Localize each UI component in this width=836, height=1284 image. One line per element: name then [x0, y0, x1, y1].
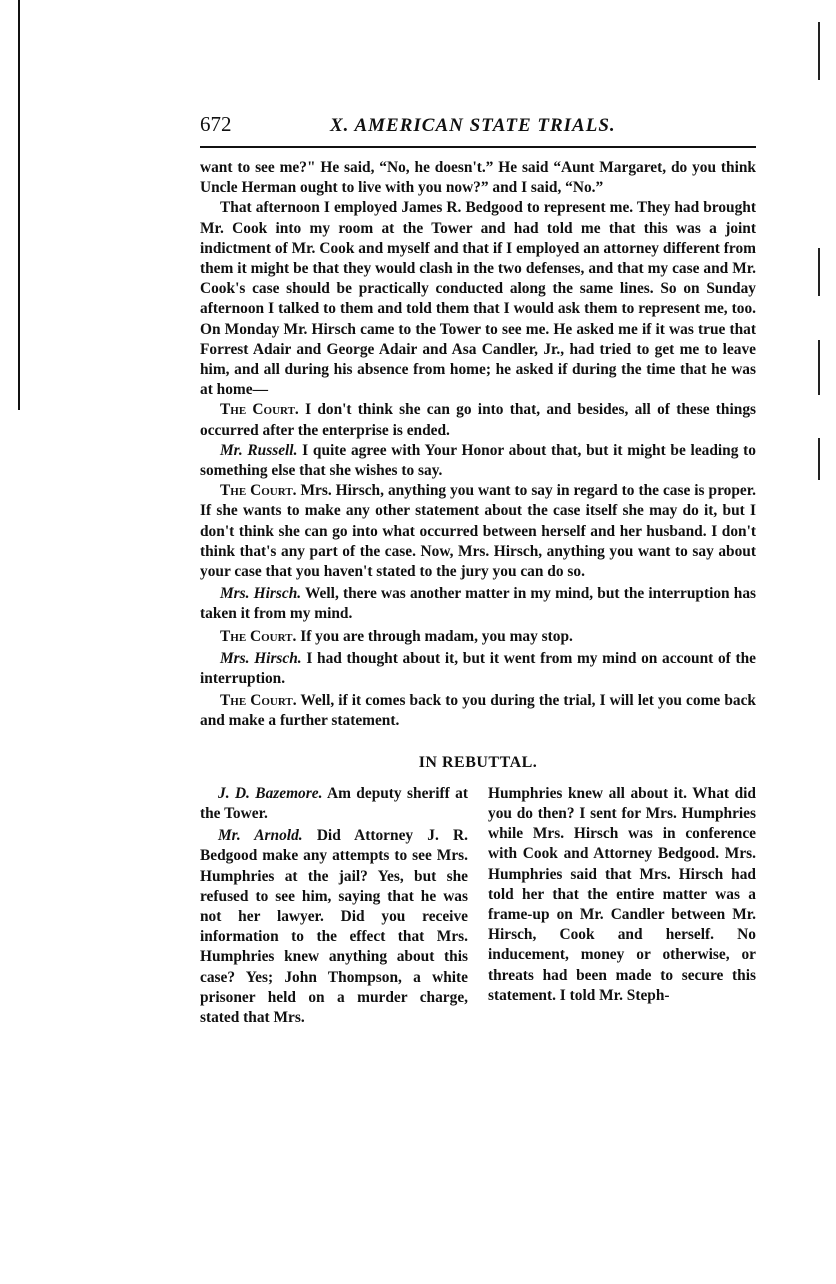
testimony-paragraph: Mr. Russell. I quite agree with Your Hon…	[200, 441, 756, 481]
header-rule	[200, 146, 756, 148]
paragraph: want to see me?" He said, “No, he doesn'…	[200, 158, 756, 198]
testimony-paragraph: Mrs. Hirsch. Well, there was another mat…	[200, 584, 756, 624]
scan-edge-line	[18, 0, 20, 410]
speaker-name: Mrs. Hirsch.	[220, 585, 301, 602]
paragraph: That afternoon I employed James R. Bedgo…	[200, 198, 756, 400]
speaker-name: The Court.	[220, 482, 297, 499]
testimony-paragraph: The Court. If you are through madam, you…	[200, 627, 756, 647]
page-header: 672 X. AMERICAN STATE TRIALS.	[200, 112, 756, 144]
paragraph: Humphries knew all about it. What did yo…	[488, 784, 756, 1006]
testimony-paragraph: The Court. Well, if it comes back to you…	[200, 691, 756, 731]
section-heading: IN REBUTTAL.	[200, 754, 756, 772]
speaker-name: Mr. Arnold.	[218, 827, 303, 844]
testimony-paragraph: The Court. I don't think she can go into…	[200, 400, 756, 440]
left-column: J. D. Bazemore. Am deputy sheriff at the…	[200, 784, 468, 1028]
speaker-name: Mrs. Hirsch.	[220, 650, 302, 667]
speaker-name: The Court.	[220, 401, 299, 418]
book-page: 672 X. AMERICAN STATE TRIALS. want to se…	[200, 112, 756, 1028]
testimony-text: If you are through madam, you may stop.	[296, 628, 573, 645]
speaker-name: Mr. Russell.	[220, 442, 297, 459]
speaker-name: J. D. Bazemore.	[218, 785, 322, 802]
testimony-paragraph: J. D. Bazemore. Am deputy sheriff at the…	[200, 784, 468, 824]
running-title: X. AMERICAN STATE TRIALS.	[330, 115, 616, 137]
scan-edge-mark	[818, 248, 820, 296]
two-column-section: J. D. Bazemore. Am deputy sheriff at the…	[200, 784, 756, 1028]
testimony-paragraph: Mr. Arnold. Did Attorney J. R. Bedgood m…	[200, 826, 468, 1028]
scan-edge-mark	[818, 340, 820, 395]
scan-edge-mark	[818, 438, 820, 480]
scan-edge-mark	[818, 22, 820, 80]
testimony-paragraph: Mrs. Hirsch. I had thought about it, but…	[200, 649, 756, 689]
right-column: Humphries knew all about it. What did yo…	[488, 784, 756, 1028]
speaker-name: The Court.	[220, 628, 296, 645]
testimony-text: Did Attorney J. R. Bedgood make any atte…	[200, 827, 468, 1026]
testimony-paragraph: The Court. Mrs. Hirsch, anything you wan…	[200, 481, 756, 582]
speaker-name: The Court.	[220, 692, 297, 709]
page-number: 672	[200, 112, 330, 137]
